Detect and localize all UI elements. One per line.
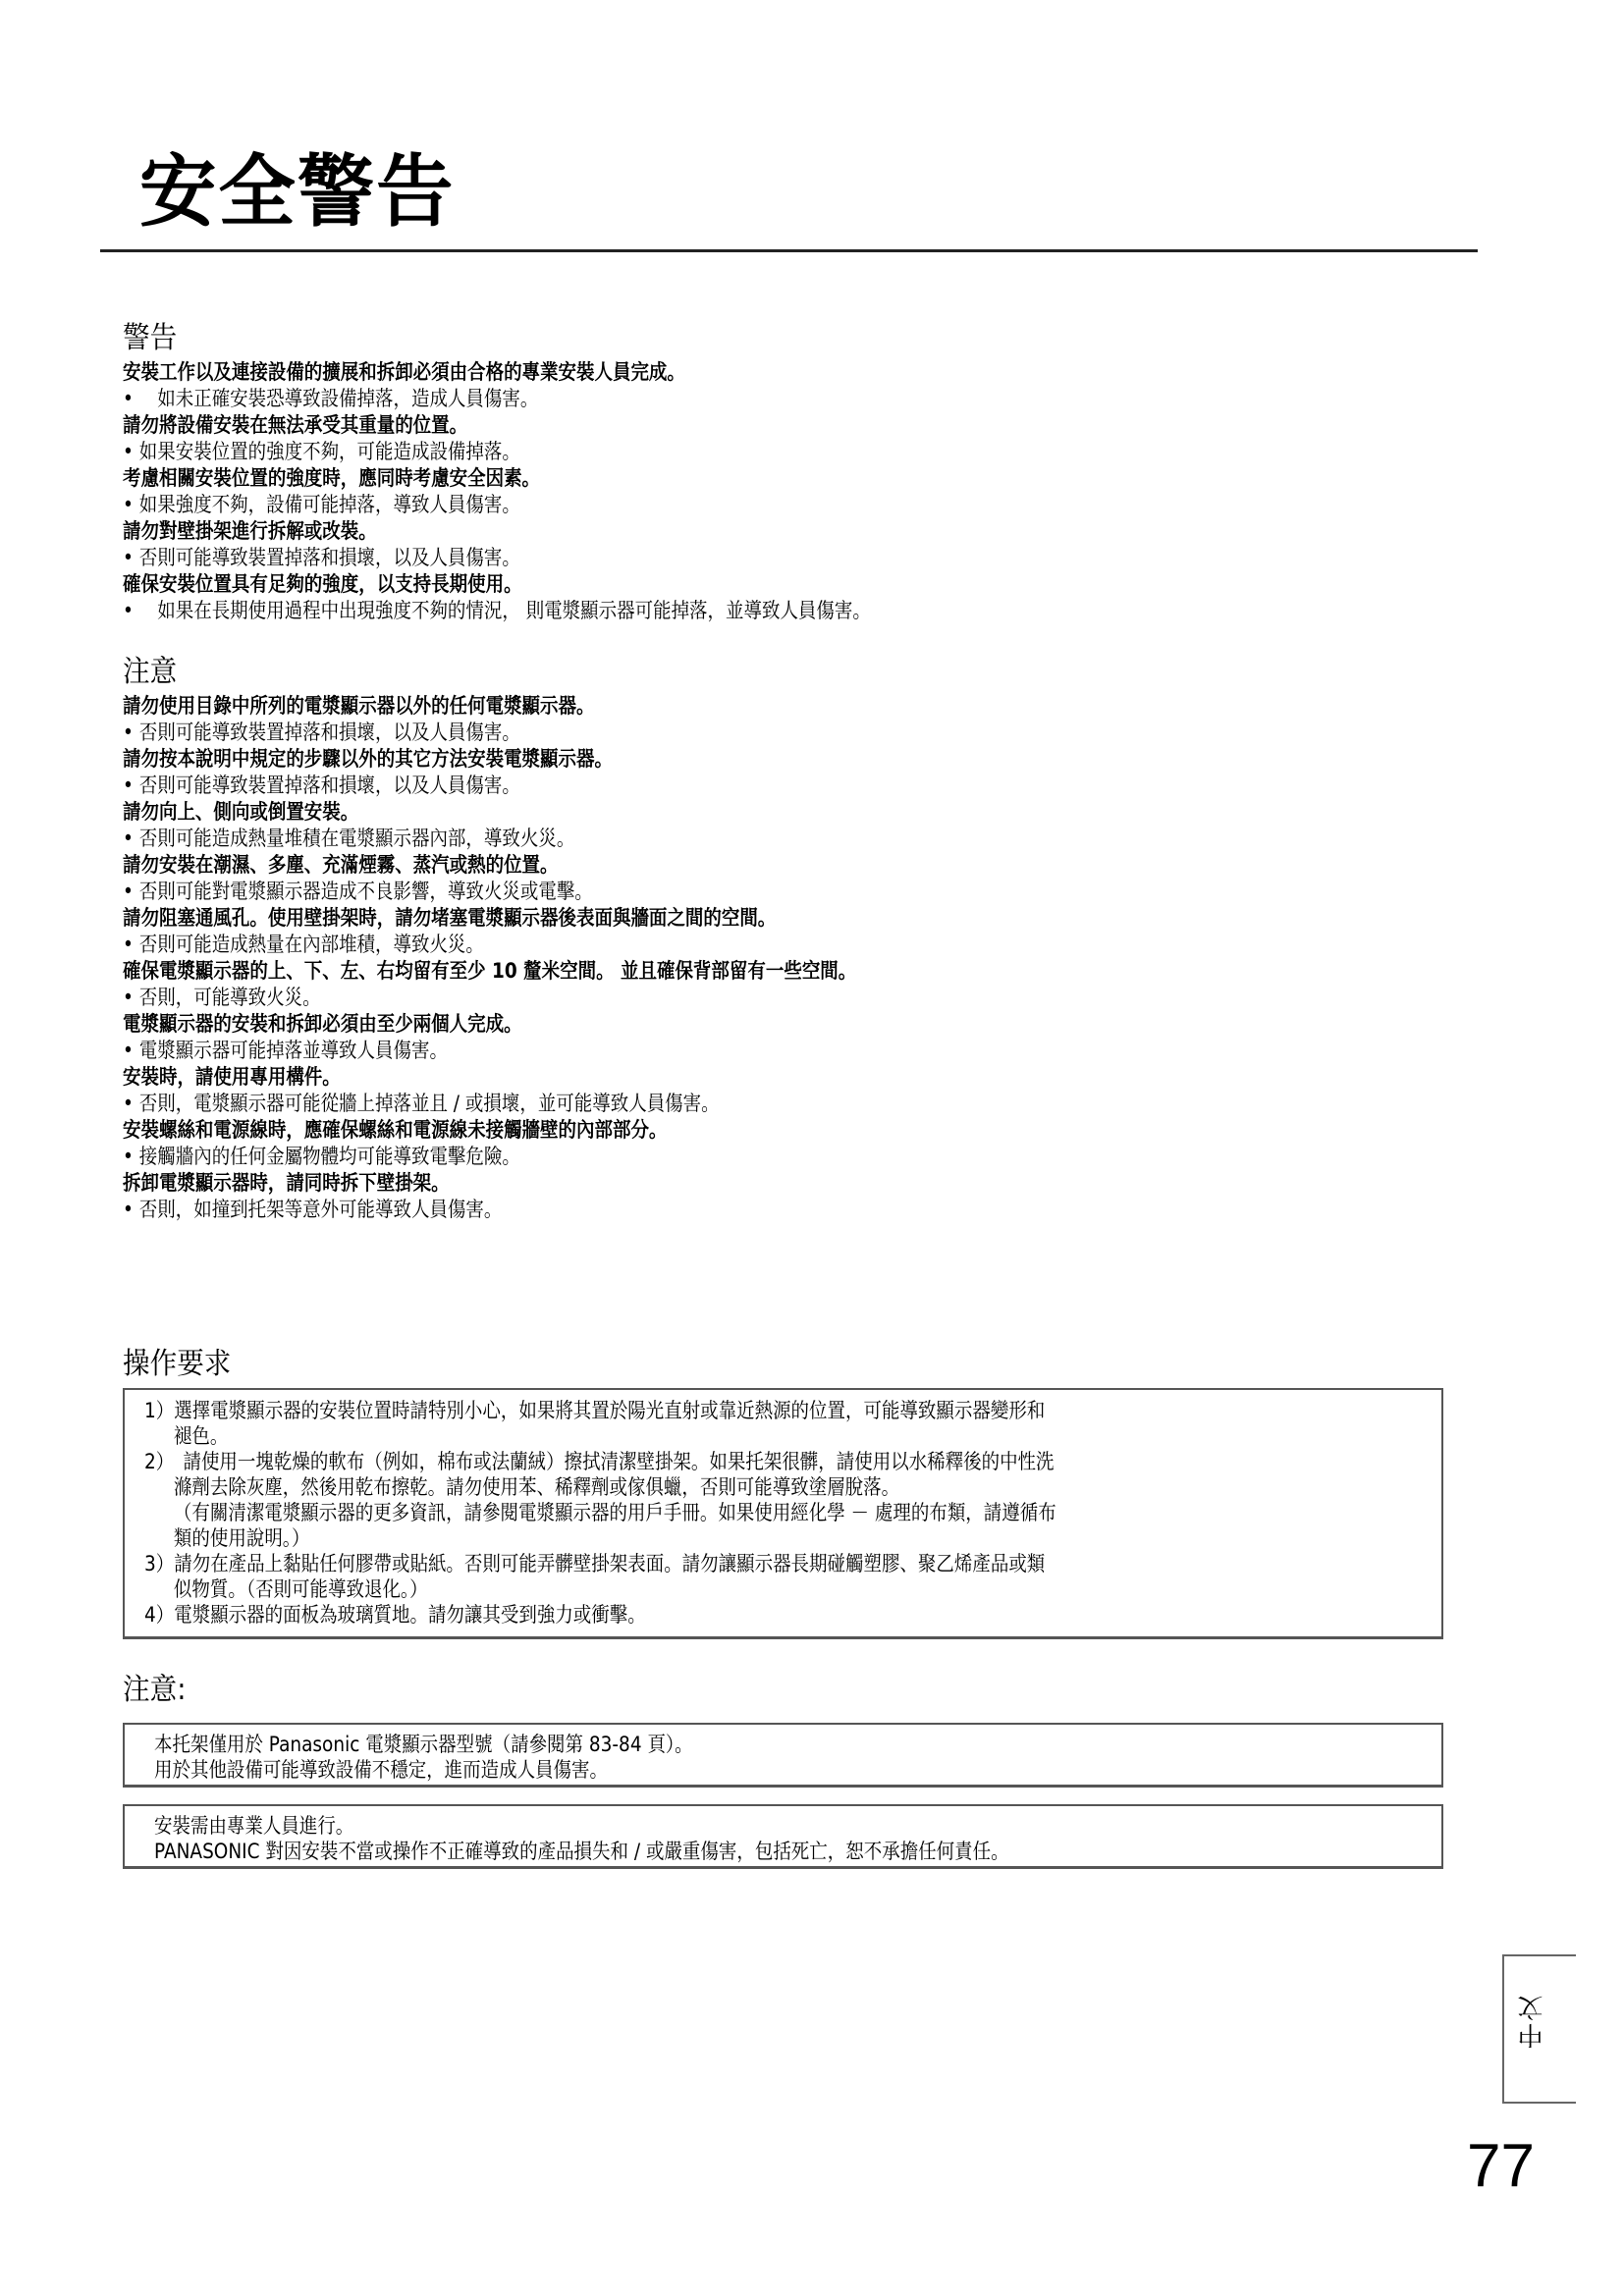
warning-line: 考慮相關安裝位置的強度時，應同時考慮安全因素。 bbox=[123, 465, 871, 492]
caution-bullet: • 否則可能導致裝置掉落和損壞，以及人員傷害。 bbox=[123, 773, 856, 799]
operating-item-cont: 滌劑去除灰塵，然後用乾布擦乾。請勿使用苯、稀釋劑或傢俱蠟，否則可能導致塗層脫落。 bbox=[144, 1474, 1285, 1500]
notes-heading: 注意: bbox=[123, 1674, 187, 1707]
caution-bullet: • 否則，如撞到托架等意外可能導致人員傷害。 bbox=[123, 1197, 856, 1223]
language-tab: 中文 bbox=[1502, 1954, 1576, 2104]
caution-section: 注意 請勿使用目錄中所列的電漿顯示器以外的任何電漿顯示器。 • 否則可能導致裝置… bbox=[123, 656, 956, 1223]
operating-item-cont: （有關清潔電漿顯示器的更多資訊，請參閱電漿顯示器的用戶手冊。如果使用經化學 － … bbox=[144, 1500, 1285, 1525]
operating-heading: 操作要求 bbox=[123, 1348, 231, 1381]
caution-bullet: • 否則可能造成熱量在內部堆積，導致火災。 bbox=[123, 932, 856, 958]
warning-bullet: • 如未正確安裝恐導致設備掉落，造成人員傷害。 bbox=[123, 386, 871, 412]
caution-line: 電漿顯示器的安裝和拆卸必須由至少兩個人完成。 bbox=[123, 1011, 856, 1038]
caution-bullet: • 否則，可能導致火災。 bbox=[123, 985, 856, 1011]
operating-requirements-box: 1）選擇電漿顯示器的安裝位置時請特別小心，如果將其置於陽光直射或靠近熱源的位置，… bbox=[123, 1388, 1443, 1639]
warning-line: 安裝工作以及連接設備的擴展和拆卸必須由合格的專業安裝人員完成。 bbox=[123, 359, 871, 386]
operating-item-cont: 類的使用說明。） bbox=[144, 1525, 1285, 1551]
operating-heading-wrap: 操作要求 bbox=[123, 1348, 241, 1385]
caution-bullet: • 電漿顯示器可能掉落並導致人員傷害。 bbox=[123, 1038, 856, 1064]
caution-bullet: • 否則可能導致裝置掉落和損壞，以及人員傷害。 bbox=[123, 720, 856, 746]
caution-bullet: • 否則可能對電漿顯示器造成不良影響，導致火災或電擊。 bbox=[123, 879, 856, 905]
warning-heading: 警告 bbox=[123, 322, 904, 355]
operating-item-cont: 褪色。 bbox=[144, 1423, 1285, 1449]
title-divider bbox=[100, 249, 1478, 252]
operating-item: 1）選擇電漿顯示器的安裝位置時請特別小心，如果將其置於陽光直射或靠近熱源的位置，… bbox=[144, 1398, 1285, 1423]
note-line: PANASONIC 對因安裝不當或操作不正確導致的產品損失和 / 或嚴重傷害，包… bbox=[154, 1839, 1287, 1864]
caution-line: 請勿阻塞通風孔。使用壁掛架時，請勿堵塞電漿顯示器後表面與牆面之間的空間。 bbox=[123, 905, 856, 932]
caution-bullet: • 否則，電漿顯示器可能從牆上掉落並且 / 或損壞，並可能導致人員傷害。 bbox=[123, 1091, 856, 1117]
caution-line: 請勿安裝在潮濕、多塵、充滿煙霧、蒸汽或熱的位置。 bbox=[123, 852, 856, 879]
language-tab-label: 中文 bbox=[1520, 1994, 1545, 2049]
caution-line: 確保電漿顯示器的上、下、左、右均留有至少 10 釐米空間。 並且確保背部留有一些… bbox=[123, 958, 856, 985]
note-line: 安裝需由專業人員進行。 bbox=[154, 1813, 1287, 1839]
operating-item-cont: 似物質。（否則可能導致退化。） bbox=[144, 1576, 1285, 1602]
notes-heading-wrap: 注意: bbox=[123, 1674, 191, 1711]
caution-bullet: • 否則可能造成熱量堆積在電漿顯示器內部，導致火災。 bbox=[123, 826, 856, 852]
operating-item: 3）請勿在產品上黏貼任何膠帶或貼紙。否則可能弄髒壁掛架表面。請勿讓顯示器長期碰觸… bbox=[144, 1551, 1285, 1576]
caution-line: 請勿按本說明中規定的步驟以外的其它方法安裝電漿顯示器。 bbox=[123, 746, 856, 773]
page-number: 77 bbox=[1467, 2132, 1535, 2201]
warning-section: 警告 安裝工作以及連接設備的擴展和拆卸必須由合格的專業安裝人員完成。 • 如未正… bbox=[123, 322, 973, 624]
warning-bullet: • 否則可能導致裝置掉落和損壞，以及人員傷害。 bbox=[123, 545, 871, 571]
caution-line: 請勿向上、側向或倒置安裝。 bbox=[123, 799, 856, 826]
operating-item: 4）電漿顯示器的面板為玻璃質地。請勿讓其受到強力或衝擊。 bbox=[144, 1602, 1285, 1628]
warning-line: 請勿對壁掛架進行拆解或改裝。 bbox=[123, 518, 871, 545]
caution-heading: 注意 bbox=[123, 656, 890, 689]
page-title: 安全警告 bbox=[139, 145, 455, 240]
caution-line: 拆卸電漿顯示器時，請同時拆下壁掛架。 bbox=[123, 1170, 856, 1197]
liability-note-box: 安裝需由專業人員進行。 PANASONIC 對因安裝不當或操作不正確導致的產品損… bbox=[123, 1804, 1443, 1869]
operating-item: 2） 請使用一塊乾燥的軟布（例如，棉布或法蘭絨）擦拭清潔壁掛架。如果托架很髒，請… bbox=[144, 1449, 1285, 1474]
warning-line: 確保安裝位置具有足夠的強度，以支持長期使用。 bbox=[123, 571, 871, 598]
note-line: 本托架僅用於 Panasonic 電漿顯示器型號（請參閱第 83-84 頁）。 bbox=[154, 1732, 1287, 1757]
caution-line: 安裝螺絲和電源線時，應確保螺絲和電源線未接觸牆壁的內部部分。 bbox=[123, 1117, 856, 1144]
caution-line: 安裝時，請使用專用構件。 bbox=[123, 1064, 856, 1091]
caution-bullet: • 接觸牆內的任何金屬物體均可能導致電擊危險。 bbox=[123, 1144, 856, 1170]
warning-bullet: • 如果在長期使用過程中出現強度不夠的情況， 則電漿顯示器可能掉落，並導致人員傷… bbox=[123, 598, 871, 624]
note-line: 用於其他設備可能導致設備不穩定，進而造成人員傷害。 bbox=[154, 1757, 1287, 1783]
warning-bullet: • 如果安裝位置的強度不夠，可能造成設備掉落。 bbox=[123, 439, 871, 465]
caution-line: 請勿使用目錄中所列的電漿顯示器以外的任何電漿顯示器。 bbox=[123, 693, 856, 720]
warning-line: 請勿將設備安裝在無法承受其重量的位置。 bbox=[123, 412, 871, 439]
compatibility-note-box: 本托架僅用於 Panasonic 電漿顯示器型號（請參閱第 83-84 頁）。 … bbox=[123, 1723, 1443, 1788]
warning-bullet: • 如果強度不夠，設備可能掉落，導致人員傷害。 bbox=[123, 492, 871, 518]
